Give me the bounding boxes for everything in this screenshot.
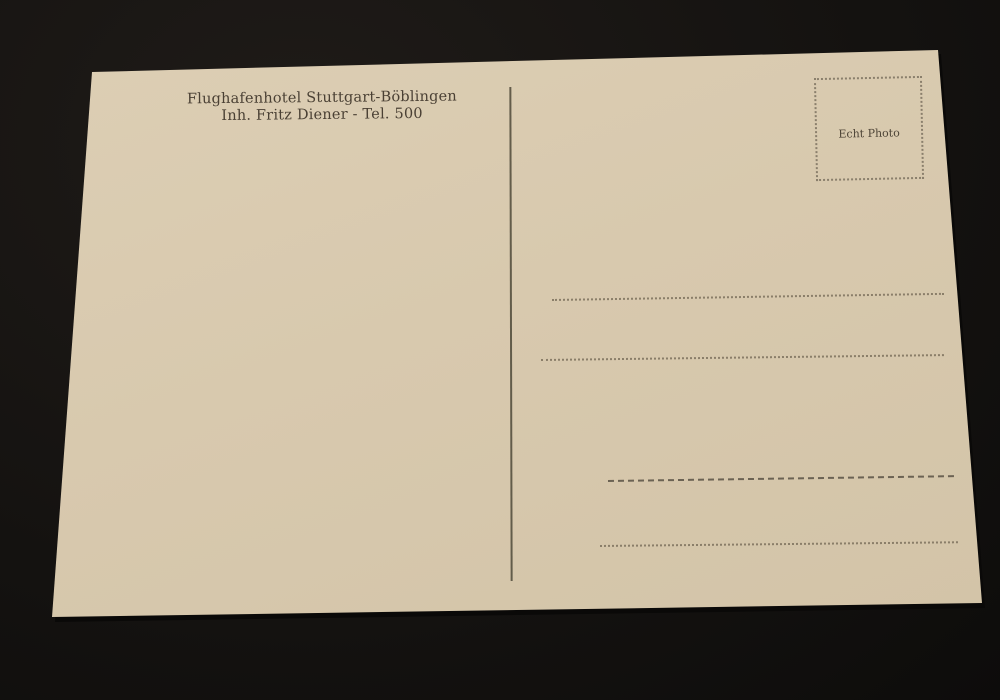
postcard-header: Flughafenhotel Stuttgart-Böblingen Inh. … — [172, 88, 472, 125]
hotel-name: Flughafenhotel Stuttgart-Böblingen — [172, 88, 472, 108]
stamp-box: Echt Photo — [814, 76, 924, 181]
stamp-label: Echt Photo — [817, 126, 921, 141]
owner-telephone: Inh. Fritz Diener - Tel. 500 — [172, 105, 472, 125]
